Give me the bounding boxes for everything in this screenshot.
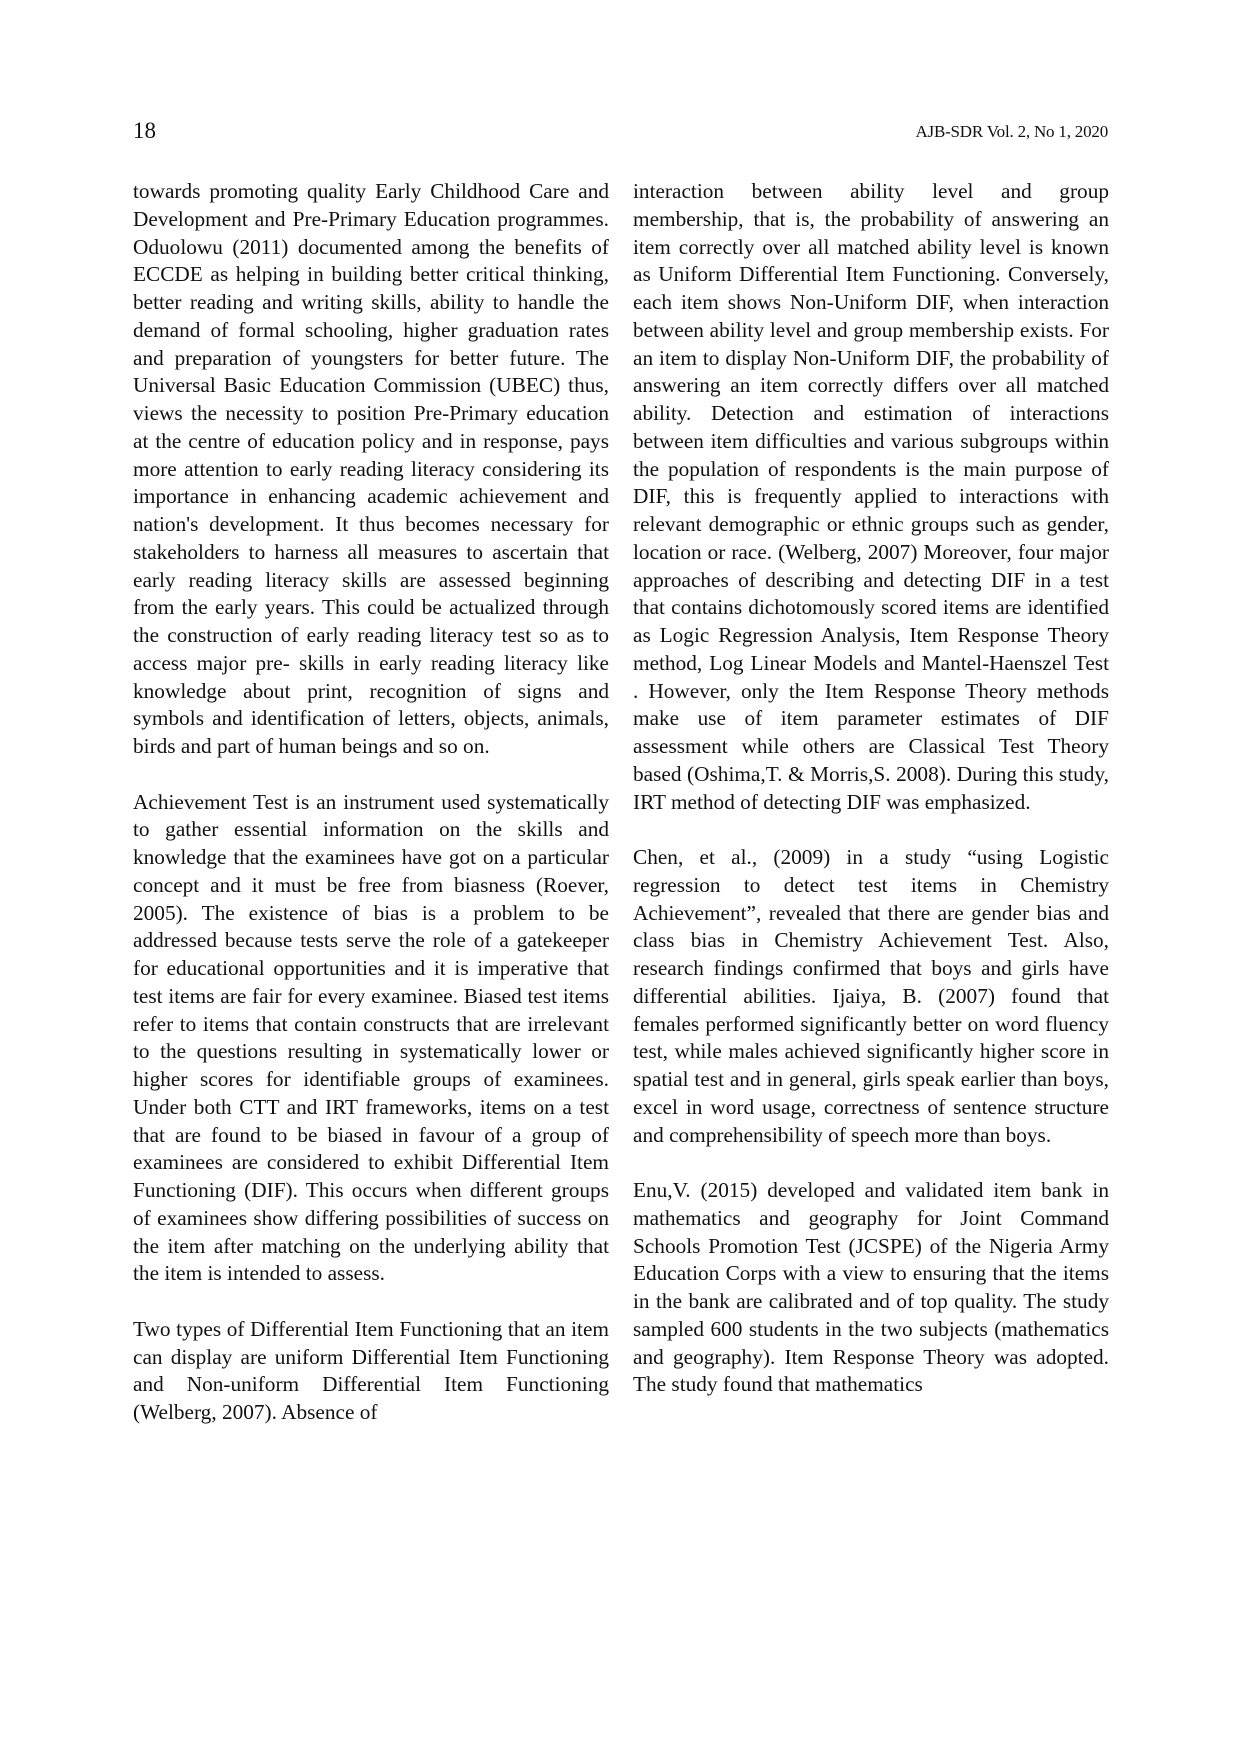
page-header: 18 AJB-SDR Vol. 2, No 1, 2020 — [133, 116, 1108, 146]
paragraph-ecce-benefits: towards promoting quality Early Childhoo… — [133, 178, 609, 761]
left-column: towards promoting quality Early Childhoo… — [133, 178, 609, 1427]
right-column: interaction between ability level and gr… — [633, 178, 1109, 1399]
paragraph-chen-study: Chen, et al., (2009) in a study “using L… — [633, 844, 1109, 1149]
paragraph-dif-types: Two types of Differential Item Functioni… — [133, 1316, 609, 1427]
paragraph-achievement-test: Achievement Test is an instrument used s… — [133, 789, 609, 1289]
paragraph-uniform-dif: interaction between ability level and gr… — [633, 178, 1109, 816]
paragraph-enu-study: Enu,V. (2015) developed and validated it… — [633, 1177, 1109, 1399]
page-number: 18 — [133, 116, 156, 146]
journal-reference: AJB-SDR Vol. 2, No 1, 2020 — [915, 118, 1108, 146]
